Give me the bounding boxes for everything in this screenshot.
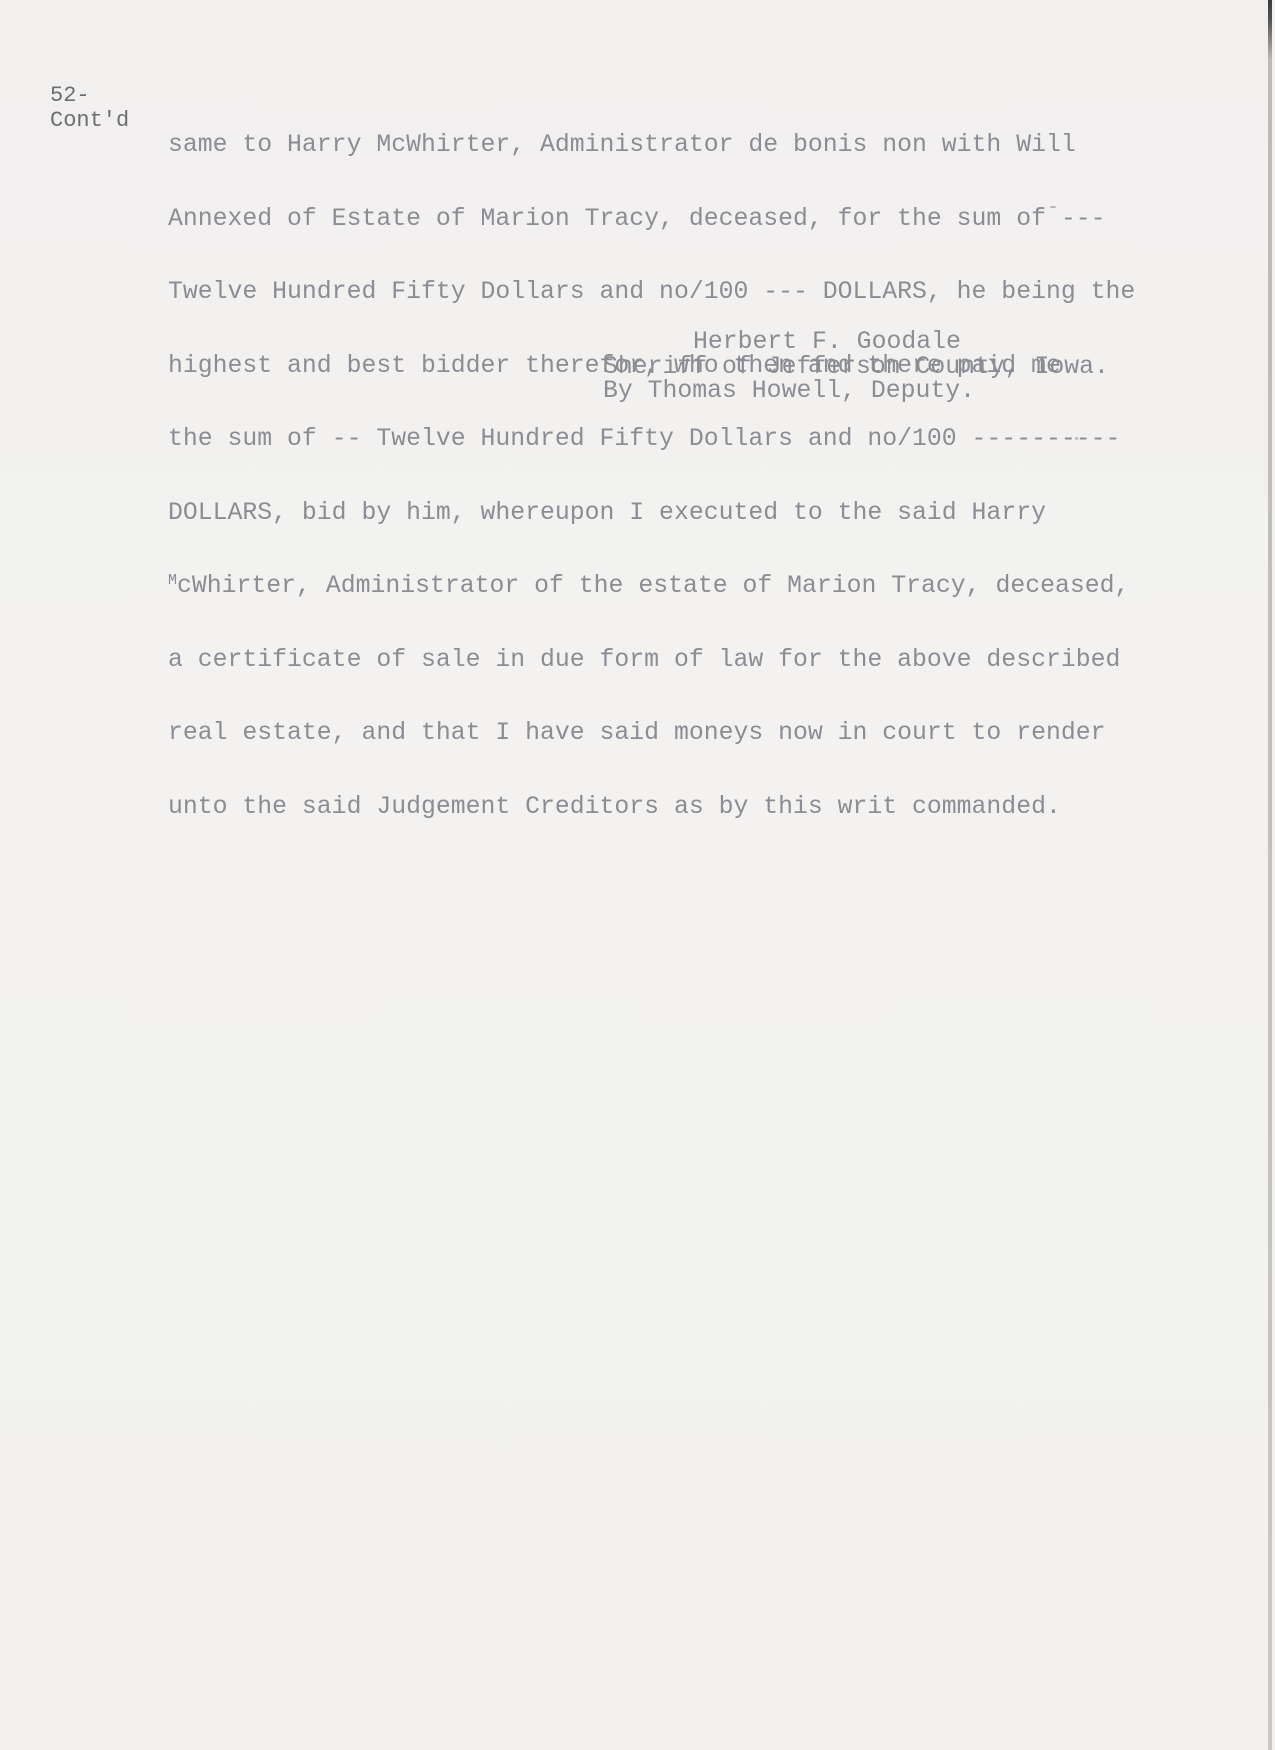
body-line-mcwhirter: McWhirter, Administrator of the estate o… bbox=[168, 574, 1135, 599]
signature-title: Sheriff of Jefferson County, Iowa. bbox=[603, 355, 1109, 380]
body-line: unto the said Judgement Creditors as by … bbox=[168, 795, 1135, 820]
signature-deputy: By Thomas Howell, Deputy. bbox=[603, 379, 975, 404]
body-line: real estate, and that I have said moneys… bbox=[168, 721, 1135, 746]
page-edge-shadow bbox=[1268, 0, 1272, 1750]
body-line: Twelve Hundred Fifty Dollars and no/100 … bbox=[168, 280, 1135, 305]
body-line: the sum of -- Twelve Hundred Fifty Dolla… bbox=[168, 427, 1135, 452]
continued-label: Cont'd bbox=[50, 109, 129, 134]
signature-name: Herbert F. Goodale bbox=[693, 330, 961, 355]
paper-speck bbox=[1075, 437, 1078, 440]
body-line: same to Harry McWhirter, Administrator d… bbox=[168, 133, 1135, 158]
entry-number: 52- bbox=[50, 84, 129, 109]
superscript-m: M bbox=[168, 572, 177, 589]
body-text: same to Harry McWhirter, Administrator d… bbox=[168, 84, 1135, 868]
body-line-rest: cWhirter, Administrator of the estate of… bbox=[177, 572, 1129, 600]
margin-note: 52-Cont'd bbox=[50, 84, 129, 133]
body-line: DOLLARS, bid by him, whereupon I execute… bbox=[168, 501, 1135, 526]
document-page: 52-Cont'd same to Harry McWhirter, Admin… bbox=[0, 0, 1272, 1750]
body-line: a certificate of sale in due form of law… bbox=[168, 648, 1135, 673]
paper-speck bbox=[1050, 206, 1056, 208]
body-line: Annexed of Estate of Marion Tracy, decea… bbox=[168, 207, 1135, 232]
